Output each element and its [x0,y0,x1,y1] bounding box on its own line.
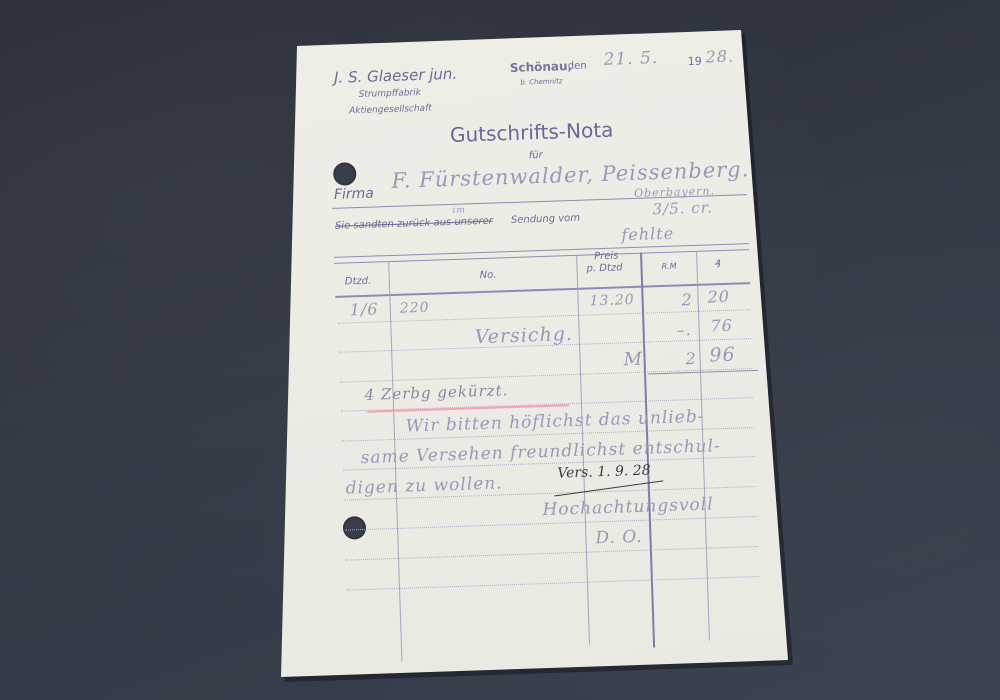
row2-no: Versichg. [474,323,573,348]
header-preis-2: p. Dtzd [586,262,622,274]
company-line-3: Aktiengesellschaft [349,104,432,117]
header-rm: R.M [661,262,676,271]
place-city: Schönau, [510,59,573,75]
fuer-label: für [529,150,543,161]
date-handwritten: 21. 5. [603,48,658,70]
sendung-label: Sendung vom [511,213,580,226]
row1-no: 220 [400,300,430,317]
message-line-1: Wir bitten höflichst das unlieb- [405,407,704,437]
sendung-date: 3/5. cr. [652,198,713,218]
year-handwritten: 28. [705,47,734,67]
row3-pf: 96 [709,344,736,367]
place-sub: b. Chemnitz [520,77,562,86]
row1-rm: 2 [681,290,693,309]
punch-hole-top [333,162,357,186]
row1-preis: 13.20 [589,292,635,309]
row3-total-mark: M [623,349,643,371]
row2-pf: 76 [710,316,733,336]
year-prefix: 19 [688,55,702,68]
header-preis-1: Preis [594,250,619,262]
closing: Hochachtungsvoll [542,494,714,520]
row1-dtzd: 1/6 [349,299,378,319]
note-marked: 4 Zerbg gekürzt. [364,381,508,404]
row2-rm: –. [676,320,692,339]
header-pf: ₰ [714,259,721,270]
place-den-label: den [568,60,587,72]
table-top-rule [334,249,749,264]
initials: D. O. [595,527,643,549]
annotation-ink: Vers. 1. 9. 28 [557,463,651,482]
credit-note-sheet: J. S. Glaeser jun. Strumpffabrik Aktieng… [297,30,788,677]
header-dtzd: Dtzd. [345,276,372,288]
row-rule [340,368,752,383]
header-no: No. [480,270,497,282]
sendung-inserted: im [452,205,466,215]
row-rule [347,576,759,591]
document-title: Gutschrifts-Nota [450,118,614,147]
company-line-2: Strumpffabrik [358,88,421,100]
punch-hole-bottom [343,516,367,540]
row-rule [346,546,758,561]
row3-rm: 2 [685,349,697,368]
sendung-note: fehlte [621,224,674,245]
sendung-struck-text: Sie sandten zurück aus unserer [335,216,493,232]
firma-label: Firma [334,186,374,203]
row1-pf: 20 [707,287,730,307]
company-name: J. S. Glaeser jun. [334,65,458,87]
